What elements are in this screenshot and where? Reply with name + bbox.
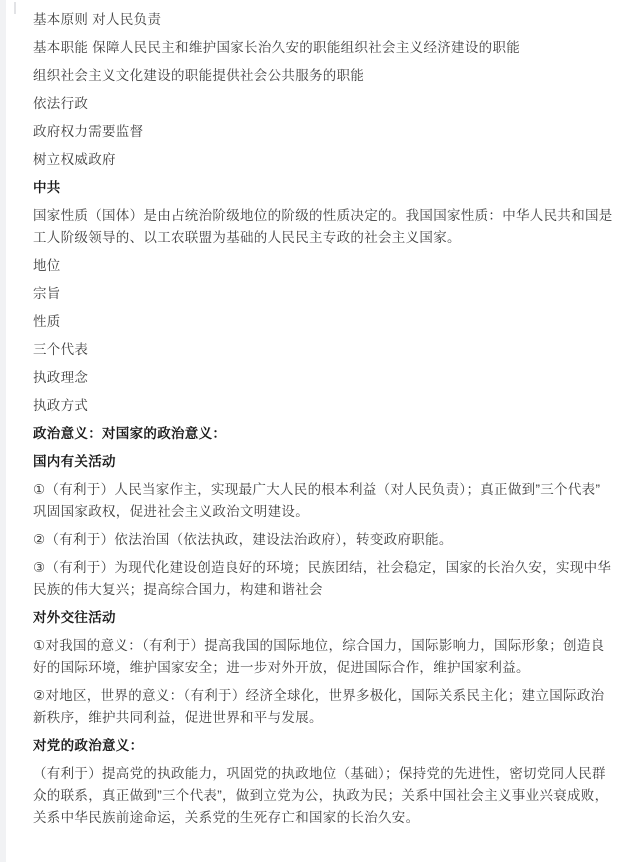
body-paragraph: 性质 <box>33 311 614 333</box>
body-paragraph: 执政方式 <box>33 395 614 417</box>
body-paragraph: 三个代表 <box>33 339 614 361</box>
body-paragraph: 组织社会主义文化建设的职能提供社会公共服务的职能 <box>33 65 614 87</box>
body-paragraph: （有利于）提高党的执政能力，巩固党的执政地位（基础）；保持党的先进性，密切党同人… <box>33 763 614 829</box>
heading-paragraph: 对党的政治意义： <box>33 735 614 757</box>
page: { "page": { "background_color": "#ffffff… <box>0 0 640 862</box>
body-paragraph: 基本职能 保障人民民主和维护国家长治久安的职能组织社会主义经济建设的职能 <box>33 37 614 59</box>
body-paragraph: ②对地区，世界的意义：（有利于）经济全球化，世界多极化，国际关系民主化；建立国际… <box>33 685 614 729</box>
body-paragraph: ①对我国的意义：（有利于）提高我国的国际地位，综合国力，国际影响力，国际形象；创… <box>33 635 614 679</box>
body-paragraph: 基本原则 对人民负责 <box>33 9 614 31</box>
body-paragraph: 国家性质（国体）是由占统治阶级地位的阶级的性质决定的。我国国家性质：中华人民共和… <box>33 205 614 249</box>
body-paragraph: 地位 <box>33 255 614 277</box>
body-paragraph: 宗旨 <box>33 283 614 305</box>
body-paragraph: ③（有利于）为现代化建设创造良好的环境；民族团结，社会稳定，国家的长治久安，实现… <box>33 557 614 601</box>
heading-paragraph: 政治意义：对国家的政治意义： <box>33 423 614 445</box>
body-paragraph: 政府权力需要监督 <box>33 121 614 143</box>
body-paragraph: ①（有利于）人民当家作主，实现最广大人民的根本利益（对人民负责）；真正做到”三个… <box>33 479 614 523</box>
article-body: 基本原则 对人民负责基本职能 保障人民民主和维护国家长治久安的职能组织社会主义经… <box>0 0 640 855</box>
body-paragraph: 树立权威政府 <box>33 149 614 171</box>
heading-paragraph: 对外交往活动 <box>33 607 614 629</box>
body-paragraph: 执政理念 <box>33 367 614 389</box>
heading-paragraph: 中共 <box>33 177 614 199</box>
body-paragraph: ②（有利于）依法治国（依法执政，建设法治政府），转变政府职能。 <box>33 529 614 551</box>
body-paragraph: 依法行政 <box>33 93 614 115</box>
heading-paragraph: 国内有关活动 <box>33 451 614 473</box>
